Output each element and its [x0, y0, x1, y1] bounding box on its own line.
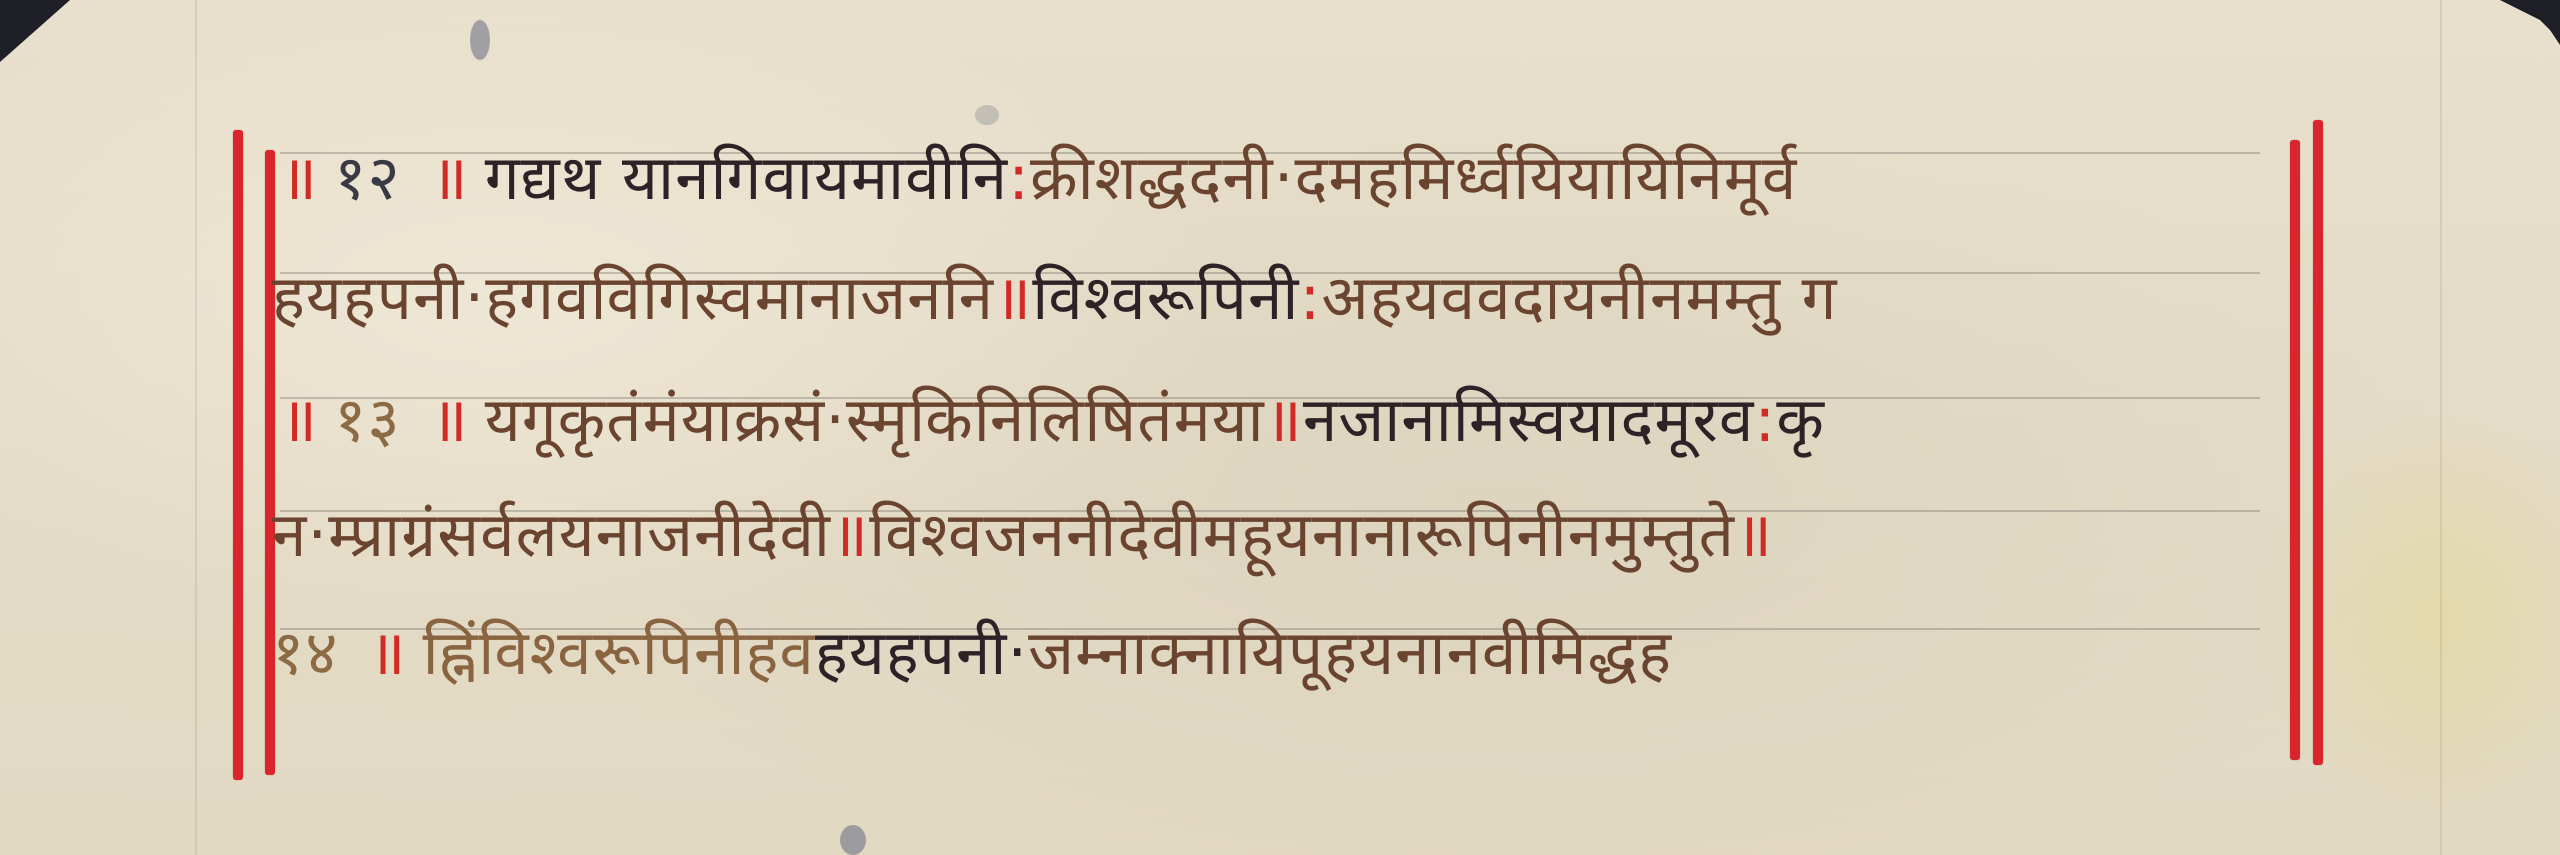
manuscript-line-2: हयहपनी·हगवविगिस्वमानाजननि ॥ विश्वरूपिनी …	[272, 248, 2272, 348]
verse-number: १२	[334, 128, 400, 228]
manuscript-line-4: न·म्प्राग्रंसर्वलयनाजनीदेवी ॥ विश्वजननीद…	[272, 485, 2272, 585]
left-margin-rule-outer	[233, 130, 243, 780]
manuscript-line-5: १४ ॥ ह्निंविश्वरूपिनीहव हयहपनी· जम्नाक्न…	[272, 603, 2272, 703]
text-segment: विश्वजननीदेवीमहूयनानारूपिनीनमुम्तुते	[869, 485, 1735, 585]
verse-number: १३	[334, 370, 400, 470]
text-segment: नजानामिस्वयादमूरव	[1303, 370, 1755, 470]
text-segment: न·म्प्राग्रंसर्वलयनाजनीदेवी	[272, 485, 831, 585]
text-segment: हयहपनी·	[815, 603, 1028, 703]
danda: ॥	[1265, 370, 1303, 470]
text-segment: क्रीशद्धदनी·दमहमिर्ध्वयियायिनिमूर्व	[1030, 128, 1797, 228]
right-margin-rule-inner	[2290, 140, 2300, 760]
visarga-mark: :	[1300, 248, 1322, 348]
ink-smudge	[840, 825, 866, 855]
danda: ॥	[1735, 485, 1773, 585]
danda: ॥	[280, 370, 318, 470]
verse-number: १४	[272, 603, 338, 703]
danda: ॥	[280, 128, 318, 228]
right-margin-rule-outer	[2313, 120, 2323, 765]
text-segment: हयहपनी·हगवविगिस्वमानाजननि	[272, 248, 994, 348]
danda: ॥	[431, 128, 469, 228]
manuscript-folio: ॥ १२ ॥ गद्यथ यानगिवायमावीनि : क्रीशद्धदन…	[0, 0, 2560, 855]
danda: ॥	[994, 248, 1032, 348]
ink-smudge	[470, 20, 490, 60]
paper-fold-line	[2440, 0, 2442, 855]
text-segment: यगूकृतंमंयाक्रसं·स्मृकिनिलिषितंमया	[485, 370, 1265, 470]
text-segment: कृ	[1776, 370, 1825, 470]
text-segment: विश्वरूपिनी	[1032, 248, 1299, 348]
text-segment: गद्यथ यानगिवायमावीनि	[485, 128, 1008, 228]
text-segment: जम्नाक्नायिपूहयनानवीमिद्धह	[1028, 603, 1672, 703]
danda: ॥	[831, 485, 869, 585]
manuscript-line-1: ॥ १२ ॥ गद्यथ यानगिवायमावीनि : क्रीशद्धदन…	[272, 128, 2272, 228]
ink-smudge	[975, 105, 999, 125]
danda: ॥	[368, 603, 406, 703]
manuscript-line-3: ॥ १३ ॥ यगूकृतंमंयाक्रसं·स्मृकिनिलिषितंमय…	[272, 370, 2272, 470]
visarga-mark: :	[1008, 128, 1030, 228]
text-segment: ह्निंविश्वरूपिनीहव	[423, 603, 815, 703]
visarga-mark: :	[1754, 370, 1776, 470]
danda: ॥	[431, 370, 469, 470]
paper-fold-line	[195, 0, 197, 855]
text-segment: अहयववदायनीनमम्तु ग	[1321, 248, 1837, 348]
